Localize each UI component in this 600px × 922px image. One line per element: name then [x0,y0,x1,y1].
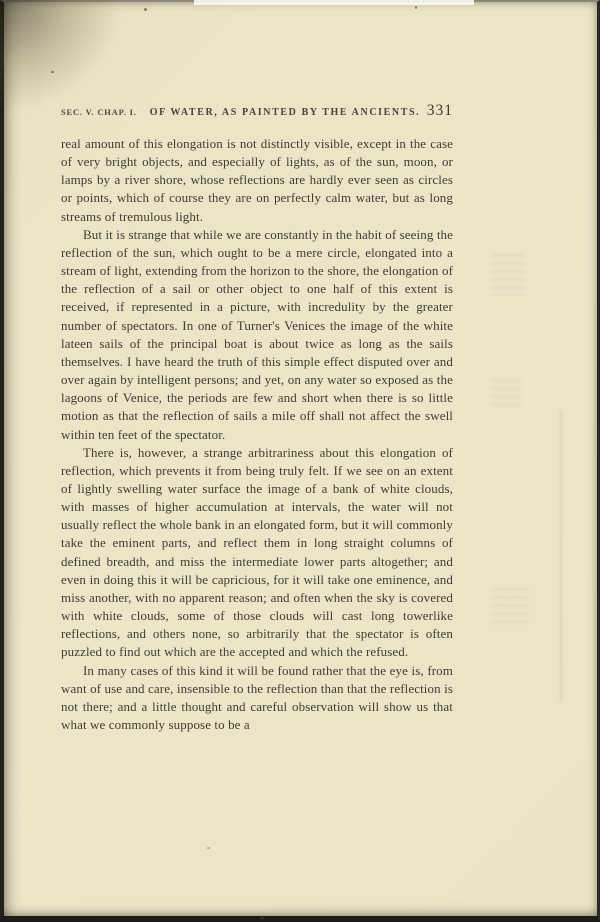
body-text: real amount of this elongation is not di… [61,135,453,734]
page-top-edge [194,0,474,5]
running-header: SEC. V. CHAP. I. OF WATER, AS PAINTED BY… [61,102,453,120]
bleedthrough-smudge [491,379,522,411]
book-page: SEC. V. CHAP. I. OF WATER, AS PAINTED BY… [0,0,600,922]
scan-background: SEC. V. CHAP. I. OF WATER, AS PAINTED BY… [0,0,600,922]
section-label: SEC. V. CHAP. I. [61,107,137,117]
paper-speck [415,6,417,9]
paragraph-continuation: real amount of this elongation is not di… [61,135,453,226]
bleedthrough-smudge [491,254,525,296]
paper-speck [51,71,54,73]
paper-speck [260,917,264,919]
paper-speck [144,8,147,11]
paragraph: But it is strange that while we are cons… [61,226,453,444]
chapter-title: OF WATER, AS PAINTED BY THE ANCIENTS. [150,107,421,118]
bleedthrough-line [560,410,562,700]
page-number: 331 [427,102,453,120]
paragraph: In many cases of this kind it will be fo… [61,662,453,735]
bleedthrough-smudge [491,588,528,625]
gutter-corner-shadow [0,0,120,110]
paper-speck [207,847,210,849]
paragraph: There is, however, a strange arbitrarine… [61,444,453,662]
